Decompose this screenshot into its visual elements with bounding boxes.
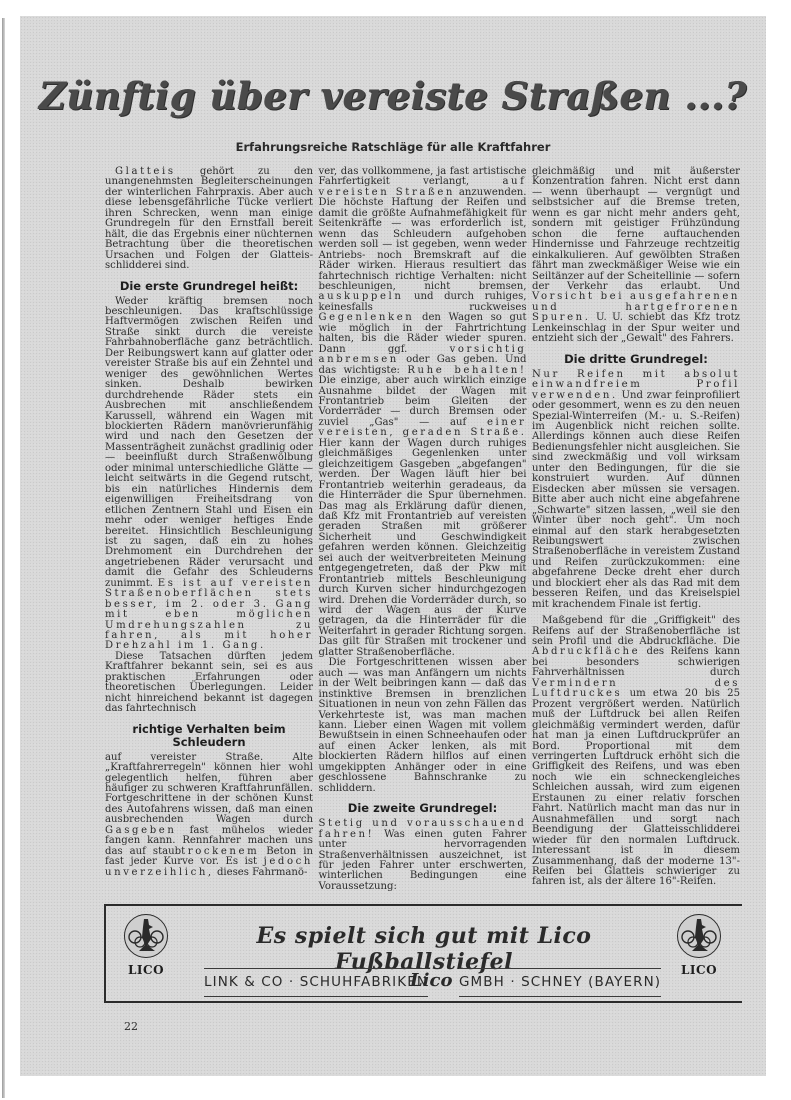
section-heading-skidding: richtige Verhalten beim Schleudern xyxy=(105,723,313,749)
lico-logo-left: LICO xyxy=(120,914,172,977)
body-paragraph: Maßgebend für die „Griffigkeit" des Reif… xyxy=(532,616,740,888)
article-subtitle: Erfahrungsreiche Ratschläge für alle Kra… xyxy=(20,140,766,154)
body-paragraph: Diese Tatsachen dürften jedem Kraftfahre… xyxy=(105,652,313,715)
scan-binding-edge xyxy=(2,18,5,1098)
magazine-page: Zünftig über vereiste Straßen ...? Erfah… xyxy=(20,16,766,1076)
body-paragraph: Weder kräftig bremsen noch beschleunigen… xyxy=(105,297,313,652)
column-2: ver, das vollkommene, ja fast artistisch… xyxy=(319,167,527,892)
olympic-rings-eagle-icon xyxy=(677,914,721,958)
section-heading-rule-2: Die zweite Grundregel: xyxy=(319,802,527,815)
body-paragraph: ver, das vollkommene, ja fast artistisch… xyxy=(319,167,527,658)
body-paragraph: gleichmäßig und mit äußerster Konzentrat… xyxy=(532,167,740,345)
section-heading-rule-3: Die dritte Grundregel: xyxy=(532,353,740,366)
ad-company-location: GMBH · SCHNEY (BAYERN) xyxy=(459,968,661,997)
lico-logo-right: LICO xyxy=(673,914,725,977)
intro-paragraph: Glatteis gehört zu den unangenehmsten Be… xyxy=(105,167,313,272)
section-heading-rule-1: Die erste Grundregel heißt: xyxy=(105,280,313,293)
advertisement-box: LICO Es spielt sich gut mit Lico Fußball… xyxy=(104,904,742,1003)
column-3: gleichmäßig und mit äußerster Konzentrat… xyxy=(532,167,740,892)
body-paragraph: auf vereister Straße. Alte „Kraftfahrerr… xyxy=(105,753,313,878)
column-1: Glatteis gehört zu den unangenehmsten Be… xyxy=(105,167,313,892)
body-paragraph: Stetig und vorausschauend fahren! Was ei… xyxy=(319,819,527,892)
article-title: Zünftig über vereiste Straßen ...? xyxy=(20,74,766,118)
body-paragraph: Nur Reifen mit absolut einwandfreiem Pro… xyxy=(532,370,740,610)
page-number: 22 xyxy=(124,1020,138,1033)
article-columns: Glatteis gehört zu den unangenehmsten Be… xyxy=(105,167,740,887)
spaced-emphasis: Es ist auf vereisten Straßenoberflächen … xyxy=(105,578,313,652)
lico-script-logo: Lico xyxy=(410,964,452,998)
spaced-emphasis: Glatteis xyxy=(115,166,176,177)
body-paragraph: Die Fortgeschrittenen wissen aber auch —… xyxy=(319,658,527,794)
ad-company-name: LINK & CO · SCHUHFABRIKEN xyxy=(204,968,428,997)
olympic-rings-eagle-icon xyxy=(124,914,168,958)
